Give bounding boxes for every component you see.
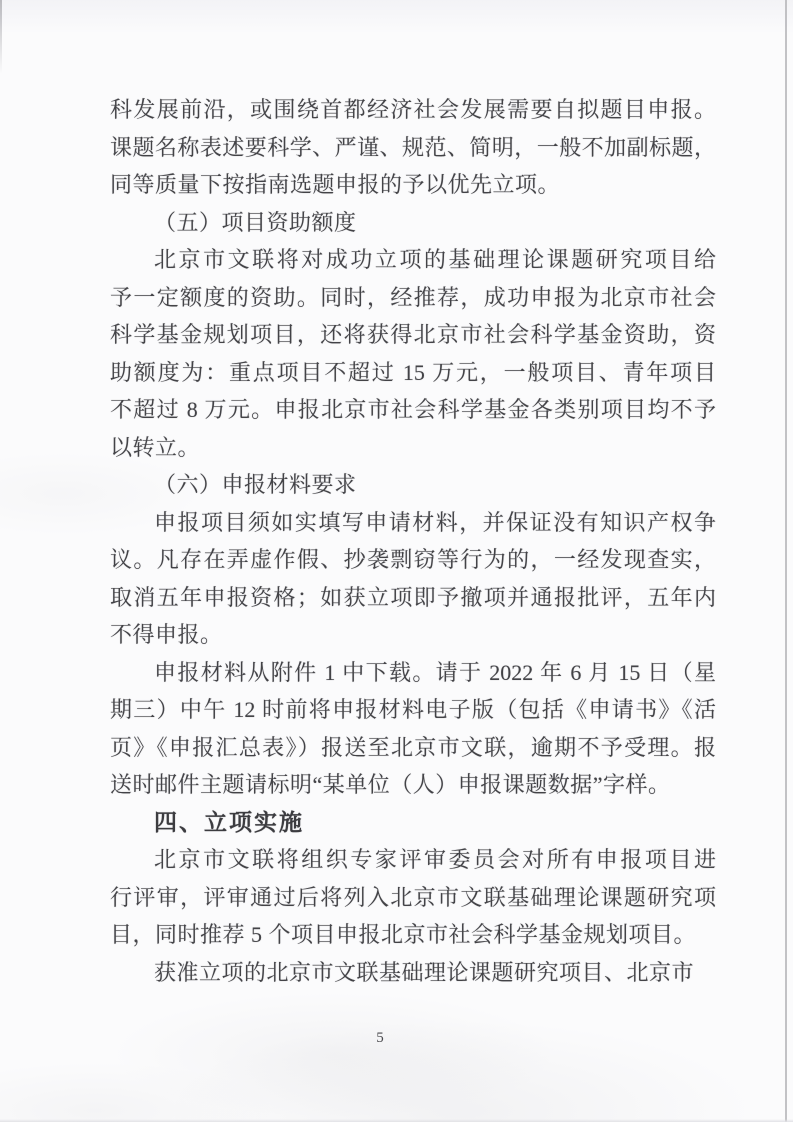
text-line: 北京市文联将组织专家评审委员会对所有申报项目进 — [110, 841, 716, 879]
scanned-document-page: 科发展前沿，或围绕首都经济社会发展需要自拟题目申报。课题名称表述要科学、严谨、规… — [0, 0, 793, 1122]
text-line: 助额度为：重点项目不超过 15 万元，一般项目、青年项目 — [110, 354, 716, 392]
page-number: 5 — [366, 1028, 394, 1048]
text-line: 予一定额度的资助。同时，经推荐，成功申报为北京市社会 — [110, 279, 716, 317]
text-line: 申报材料从附件 1 中下载。请于 2022 年 6 月 15 日（星 — [110, 654, 716, 692]
text-line: 申报项目须如实填写申请材料，并保证没有知识产权争 — [110, 504, 716, 542]
text-line: 取消五年申报资格；如获立项即予撤项并通报批评，五年内 — [110, 579, 716, 617]
scan-edge-artifact-right — [785, 0, 787, 1122]
text-line: （五）项目资助额度 — [110, 204, 716, 242]
text-line: 同等质量下按指南选题申报的予以优先立项。 — [110, 166, 716, 204]
text-line: 课题名称表述要科学、严谨、规范、简明，一般不加副标题， — [110, 129, 716, 167]
text-line: 目，同时推荐 5 个项目申报北京市社会科学基金规划项目。 — [110, 916, 716, 954]
text-line: 议。凡存在弄虚作假、抄袭剽窃等行为的，一经发现查实， — [110, 541, 716, 579]
text-line: 行评审，评审通过后将列入北京市文联基础理论课题研究项 — [110, 879, 716, 917]
text-line: 北京市文联将对成功立项的基础理论课题研究项目给 — [110, 241, 716, 279]
text-line: （六）申报材料要求 — [110, 466, 716, 504]
text-line: 期三）中午 12 时前将申报材料电子版（包括《申请书》《活 — [110, 691, 716, 729]
text-line: 页》《申报汇总表》）报送至北京市文联，逾期不予受理。报 — [110, 729, 716, 767]
text-line: 科发展前沿，或围绕首都经济社会发展需要自拟题目申报。 — [110, 91, 716, 129]
text-line: 不得申报。 — [110, 616, 716, 654]
document-body: 科发展前沿，或围绕首都经济社会发展需要自拟题目申报。课题名称表述要科学、严谨、规… — [110, 91, 716, 991]
text-line: 送时邮件主题请标明“某单位（人）申报课题数据”字样。 — [110, 766, 716, 804]
text-line: 科学基金规划项目，还将获得北京市社会科学基金资助，资 — [110, 316, 716, 354]
text-line: 获准立项的北京市文联基础理论课题研究项目、北京市 — [110, 954, 716, 992]
text-line: 不超过 8 万元。申报北京市社会科学基金各类别项目均不予 — [110, 391, 716, 429]
text-line: 四、立项实施 — [110, 804, 716, 842]
text-line: 以转立。 — [110, 429, 716, 467]
scan-edge-artifact-left — [0, 0, 2, 74]
